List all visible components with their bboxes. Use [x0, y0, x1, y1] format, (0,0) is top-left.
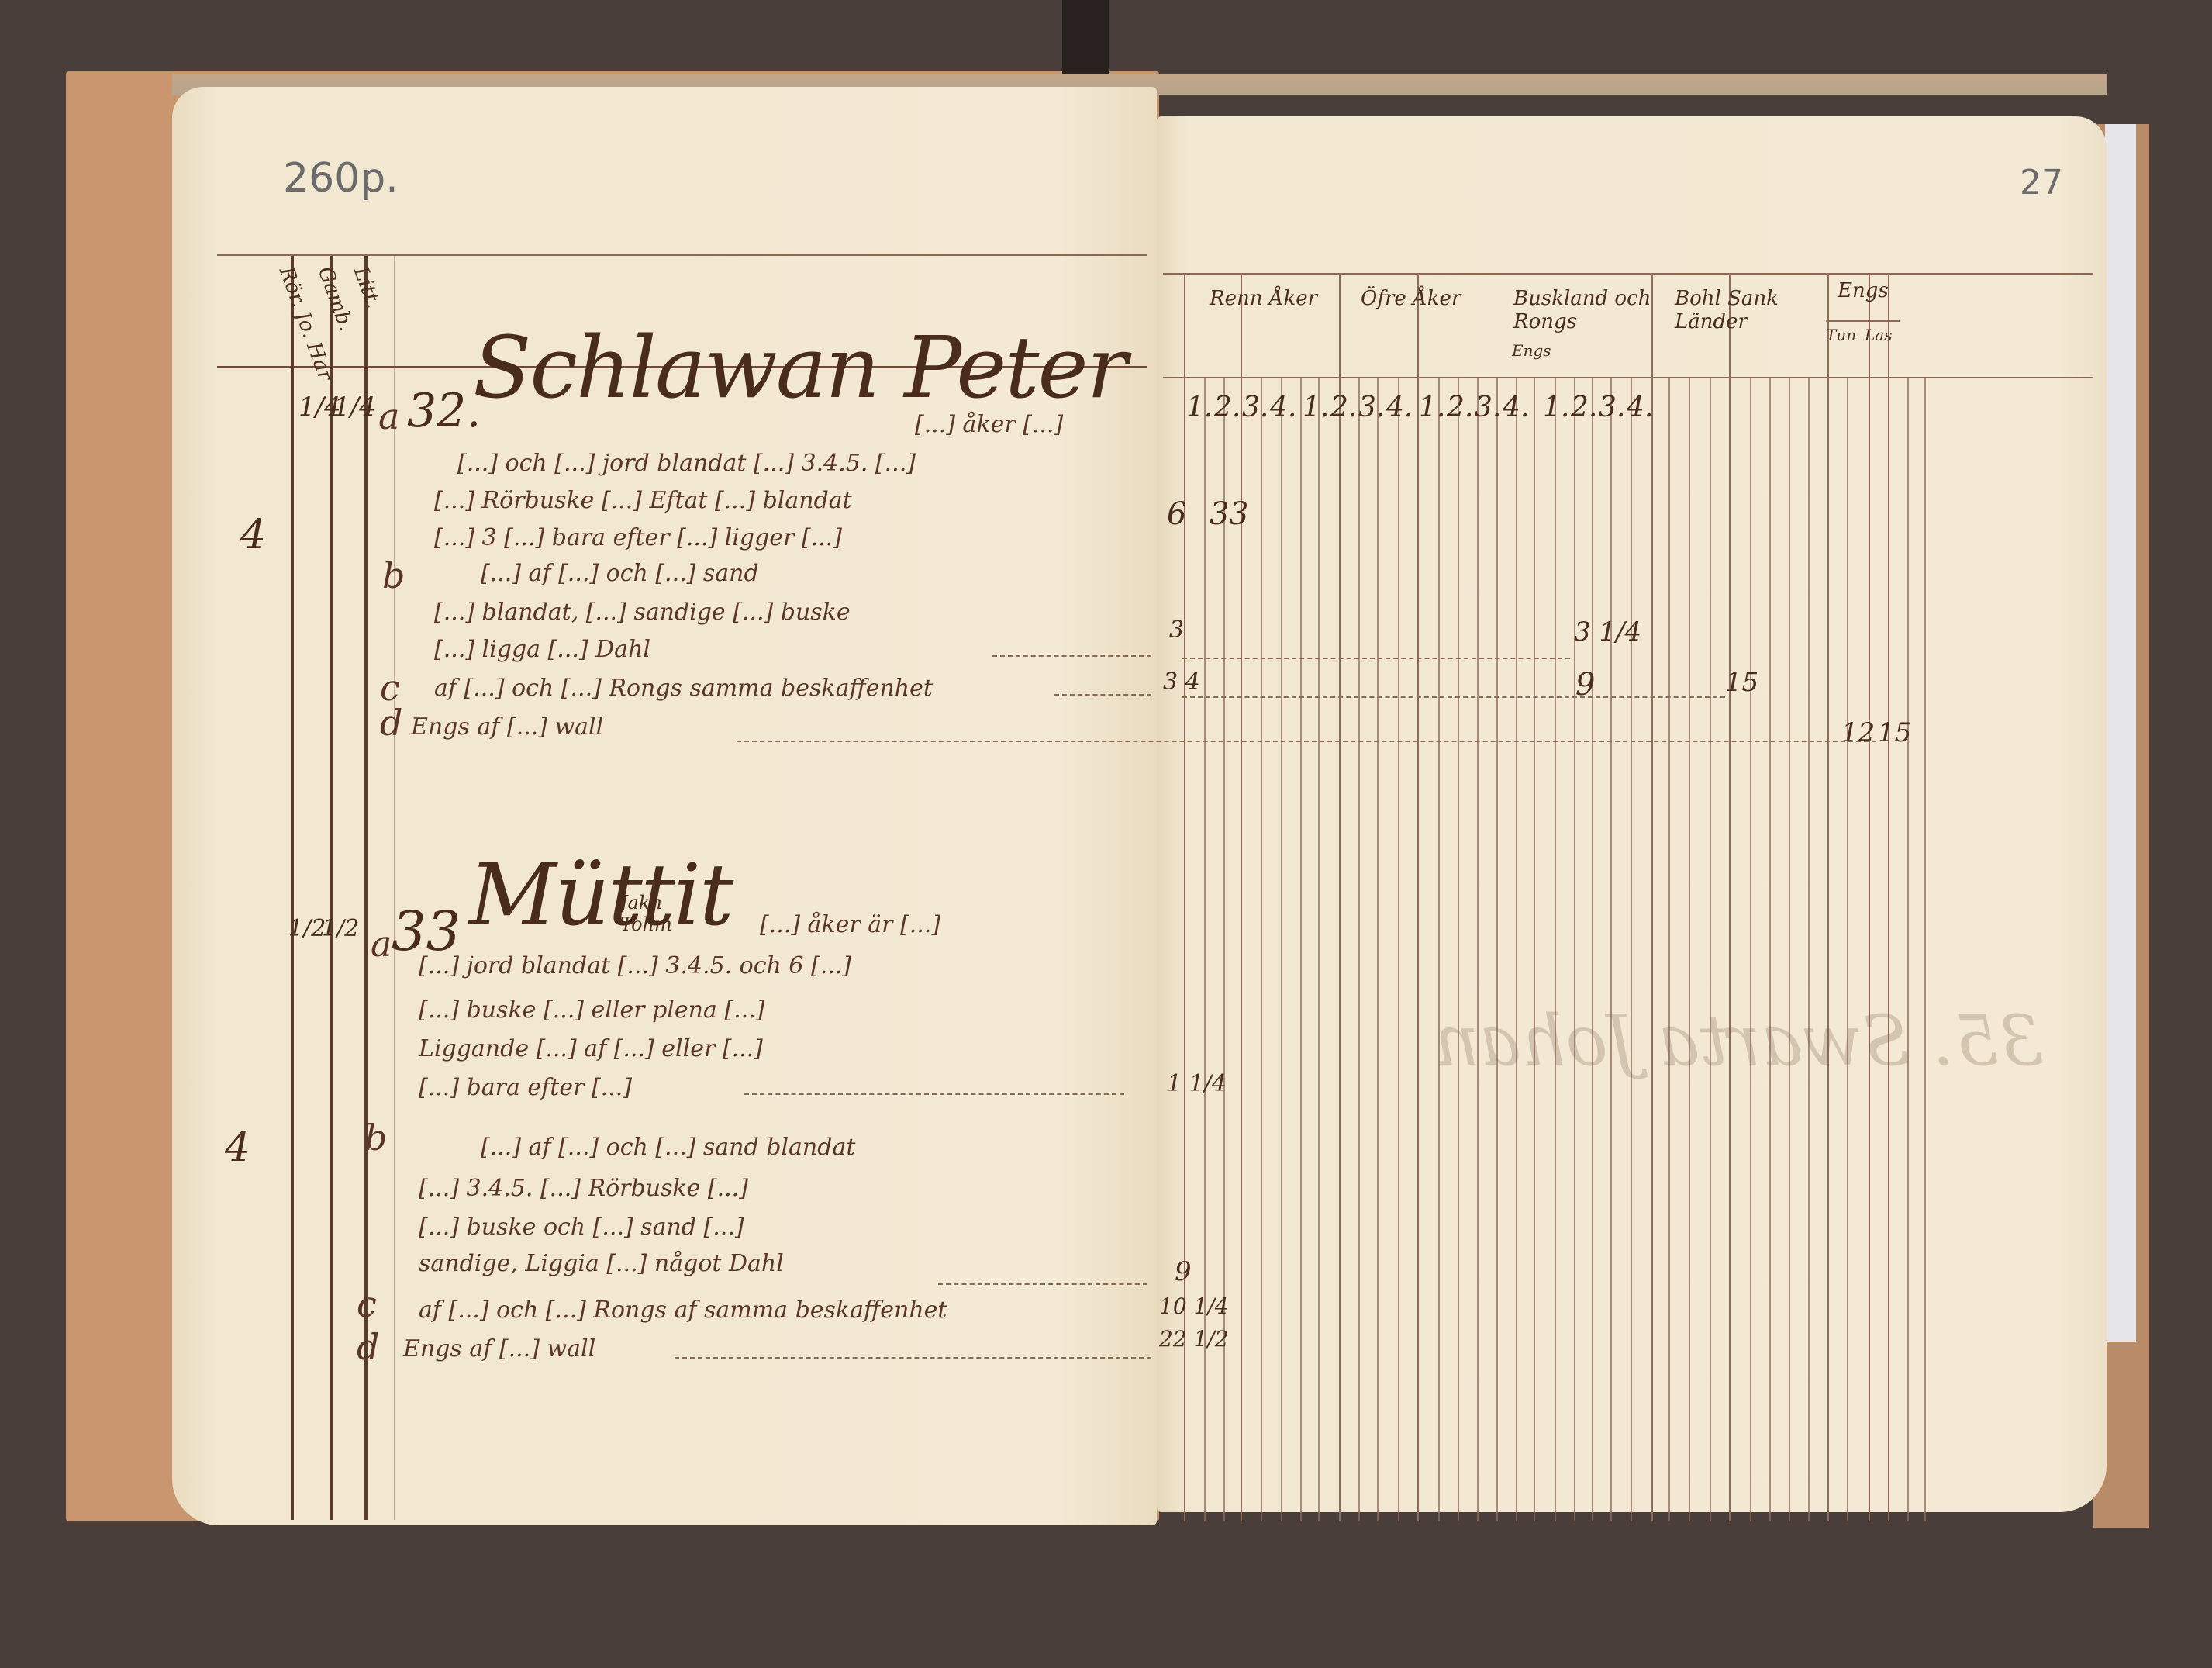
entry-33-part-b: b — [364, 1117, 387, 1159]
right-col-rule-6 — [1281, 377, 1282, 1521]
book-spine — [1062, 0, 1109, 85]
entry-33-part-d: d — [357, 1326, 379, 1368]
subcol-label-g1-2: 2. — [1214, 392, 1241, 423]
right-col-rule-17 — [1496, 377, 1498, 1521]
right-folio-number: 27 — [2020, 163, 2063, 202]
entry-32-a-line-4: [...] 3 [...] bara efter [...] ligger [.… — [434, 524, 842, 551]
subcol-label-g3-1: 1. — [1419, 392, 1445, 423]
right-col-rule-36 — [1869, 273, 1870, 1521]
entry-32-b-line-1: [...] af [...] och [...] sand — [481, 560, 759, 587]
entry-33-a-line-5: [...] bara efter [...] — [419, 1074, 632, 1101]
right-col-rule-35 — [1847, 377, 1848, 1521]
subcol-label-g1-1: 1. — [1186, 392, 1213, 423]
entry-33-margin-note: 4 — [225, 1124, 250, 1171]
right-col-rule-11 — [1377, 377, 1379, 1521]
e32-d-engs-tun: 12 — [1841, 717, 1875, 748]
e32-a-col2: 3 — [1210, 496, 1229, 532]
e32-b-buskland: 3 1/4 — [1574, 616, 1641, 648]
right-col-rule-20 — [1555, 377, 1556, 1521]
left-col-rule-2 — [330, 256, 333, 1520]
e32-d-engs-las: 15 — [1878, 717, 1911, 748]
entry-33-b-line-3: [...] buske och [...] sand [...] — [419, 1214, 744, 1241]
entry-32-part-a: a — [378, 395, 399, 437]
entry-33-a-line-2: [...] jord blandat [...] 3.4.5. och 6 [.… — [419, 952, 851, 979]
entry-33-bracket-names: Jakn Tohm — [620, 892, 672, 935]
entry-33-d-leader — [675, 1357, 1151, 1359]
entry-32-number: 32. — [407, 384, 481, 438]
engs-subheader-rule — [1826, 320, 1900, 322]
subcol-label-g1-3: 3. — [1242, 392, 1268, 423]
right-col-rule-37 — [1888, 273, 1889, 1521]
entry-33-b-line-2: [...] 3.4.5. [...] Rörbuske [...] — [419, 1175, 748, 1202]
entry-32-a-line-2: [...] och [...] jord blandat [...] 3.4.5… — [457, 450, 916, 477]
subcol-label-g4-4: 4. — [1627, 392, 1653, 423]
right-col-rule-12 — [1398, 377, 1399, 1521]
entry-32-name: Schlawan Peter — [473, 318, 1126, 417]
right-header-rule — [1163, 377, 2093, 378]
right-col-rule-9 — [1339, 273, 1341, 1521]
right-col-rule-18 — [1516, 377, 1517, 1521]
col-group-renn-aker: Renn Åker — [1210, 287, 1317, 310]
right-col-rule-10 — [1358, 377, 1360, 1521]
subcol-label-g3-4: 4. — [1503, 392, 1529, 423]
right-col-rule-25 — [1651, 273, 1653, 1521]
subcol-label-g3-2: 2. — [1447, 392, 1473, 423]
entry-32-c-line-1: af [...] och [...] Rongs samma beskaffen… — [434, 675, 933, 702]
subcol-label-g1-4: 4. — [1270, 392, 1296, 423]
right-col-rule-34 — [1827, 273, 1829, 1521]
inserted-paper-strip — [2105, 124, 2136, 1342]
engs-sub-tun: Tun — [1826, 326, 1856, 344]
right-col-rule-26 — [1668, 377, 1670, 1521]
entry-33-part-c: c — [357, 1283, 377, 1325]
e32-c-bohl: 15 — [1725, 667, 1758, 698]
right-col-rule-29 — [1729, 273, 1731, 1521]
entry-32-a-line-1: [...] åker [...] — [915, 411, 1063, 438]
subcol-label-g2-4: 4. — [1386, 392, 1413, 423]
bracket-name-2: Tohm — [620, 913, 672, 935]
entry-33-fraction-2: 1/2 — [322, 915, 359, 942]
right-e32-c-leader — [1182, 696, 1725, 698]
right-col-rule-33 — [1808, 377, 1810, 1521]
bracket-name-1: Jakn — [620, 892, 672, 913]
e32-b-first: 3 — [1169, 616, 1184, 644]
entry-33-name: Müttit — [469, 845, 732, 945]
entry-33-a-leader — [744, 1093, 1124, 1095]
bleed-through-text: 35. Swarta Johan — [1434, 1000, 2043, 1082]
left-folio-number: 260p. — [283, 155, 399, 202]
right-col-rule-23 — [1610, 377, 1612, 1521]
subcol-label-g2-3: 3. — [1358, 392, 1385, 423]
entry-32-margin-note: 4 — [240, 512, 266, 558]
right-col-rule-24 — [1631, 377, 1632, 1521]
right-col-rule-19 — [1534, 377, 1535, 1521]
right-col-rule-16 — [1477, 377, 1479, 1521]
col-group-buskland-sub: Engs — [1512, 341, 1551, 360]
right-e32-b-leader — [1182, 658, 1570, 659]
subcol-label-g4-1: 1. — [1543, 392, 1569, 423]
entry-33-d-line-1: Engs af [...] wall — [403, 1335, 595, 1362]
right-col-rule-39 — [1924, 377, 1926, 1521]
entry-32-a-line-3: [...] Rörbuske [...] Eftat [...] blandat — [434, 487, 852, 514]
entry-32-c-leader — [1054, 694, 1151, 696]
col-group-ofre-aker: Öfre Åker — [1361, 287, 1461, 310]
entry-33-fraction-1: 1/2 — [288, 915, 326, 942]
entry-33-a-line-3: [...] buske [...] eller plena [...] — [419, 996, 764, 1024]
right-col-rule-22 — [1592, 377, 1593, 1521]
subcol-label-g3-3: 3. — [1475, 392, 1501, 423]
entry-33-c-line-1: af [...] och [...] Rongs af samma beskaf… — [419, 1297, 947, 1324]
right-col-rule-32 — [1789, 377, 1790, 1521]
right-col-rule-28 — [1710, 377, 1711, 1521]
subcol-label-g2-1: 1. — [1303, 392, 1329, 423]
e32-a-col3: 3 — [1229, 496, 1248, 532]
e32-c-first: 3 4 — [1163, 668, 1200, 696]
entry-32-fraction-2: 1/4 — [333, 392, 376, 423]
col-group-engs: Engs — [1838, 279, 1889, 302]
entry-33-b-line-4: sandige, Liggia [...] något Dahl — [419, 1250, 784, 1277]
col-group-bohl-sank: Bohl Sank Länder — [1675, 287, 1791, 333]
entry-32-part-d: d — [380, 702, 402, 744]
e32-a-first: 6 — [1167, 496, 1186, 532]
entry-33-a-line-1: [...] åker är [...] — [760, 911, 940, 938]
right-col-rule-7 — [1300, 377, 1302, 1521]
e33-b-first: 9 — [1175, 1256, 1192, 1287]
right-col-rule-31 — [1769, 377, 1771, 1521]
entry-32-b-line-2: [...] blandat, [...] sandige [...] buske — [434, 599, 851, 626]
right-col-rule-8 — [1318, 377, 1320, 1521]
left-top-rule — [217, 254, 1147, 256]
subcol-label-g4-3: 3. — [1599, 392, 1625, 423]
entry-33-b-line-1: [...] af [...] och [...] sand blandat — [481, 1134, 855, 1161]
right-col-rule-15 — [1458, 377, 1459, 1521]
right-col-rule-13 — [1417, 273, 1419, 1521]
right-col-rule-30 — [1750, 377, 1751, 1521]
subcol-label-g4-2: 2. — [1571, 392, 1597, 423]
right-top-rule — [1163, 273, 2093, 275]
e33-d-first: 22 1/2 — [1159, 1326, 1229, 1352]
right-col-rule-4 — [1241, 273, 1242, 1521]
entry-32-b-leader — [992, 655, 1151, 657]
col-group-buskland: Buskland och Rongs — [1513, 287, 1653, 333]
entry-33-part-a: a — [371, 923, 392, 965]
right-col-rule-38 — [1907, 377, 1909, 1521]
entry-32-d-leader — [737, 741, 1876, 742]
left-col-rule-4 — [394, 256, 395, 1520]
subcol-label-g2-2: 2. — [1330, 392, 1357, 423]
e33-c-first: 10 1/4 — [1159, 1293, 1229, 1319]
right-col-rule-14 — [1438, 377, 1440, 1521]
right-col-rule-27 — [1689, 377, 1690, 1521]
entry-33-b-leader — [938, 1283, 1147, 1285]
right-col-rule-21 — [1574, 377, 1575, 1521]
engs-sub-las: Las — [1865, 326, 1892, 344]
entry-32-part-b: b — [382, 554, 405, 596]
e33-a-first: 1 1/4 — [1167, 1070, 1227, 1097]
right-col-rule-5 — [1261, 377, 1262, 1521]
left-col-rule-1 — [291, 256, 294, 1520]
entry-33-a-line-4: Liggande [...] af [...] eller [...] — [419, 1035, 763, 1062]
entry-32-d-line-1: Engs af [...] wall — [411, 713, 603, 741]
entry-32-b-line-3: [...] ligga [...] Dahl — [434, 636, 650, 663]
